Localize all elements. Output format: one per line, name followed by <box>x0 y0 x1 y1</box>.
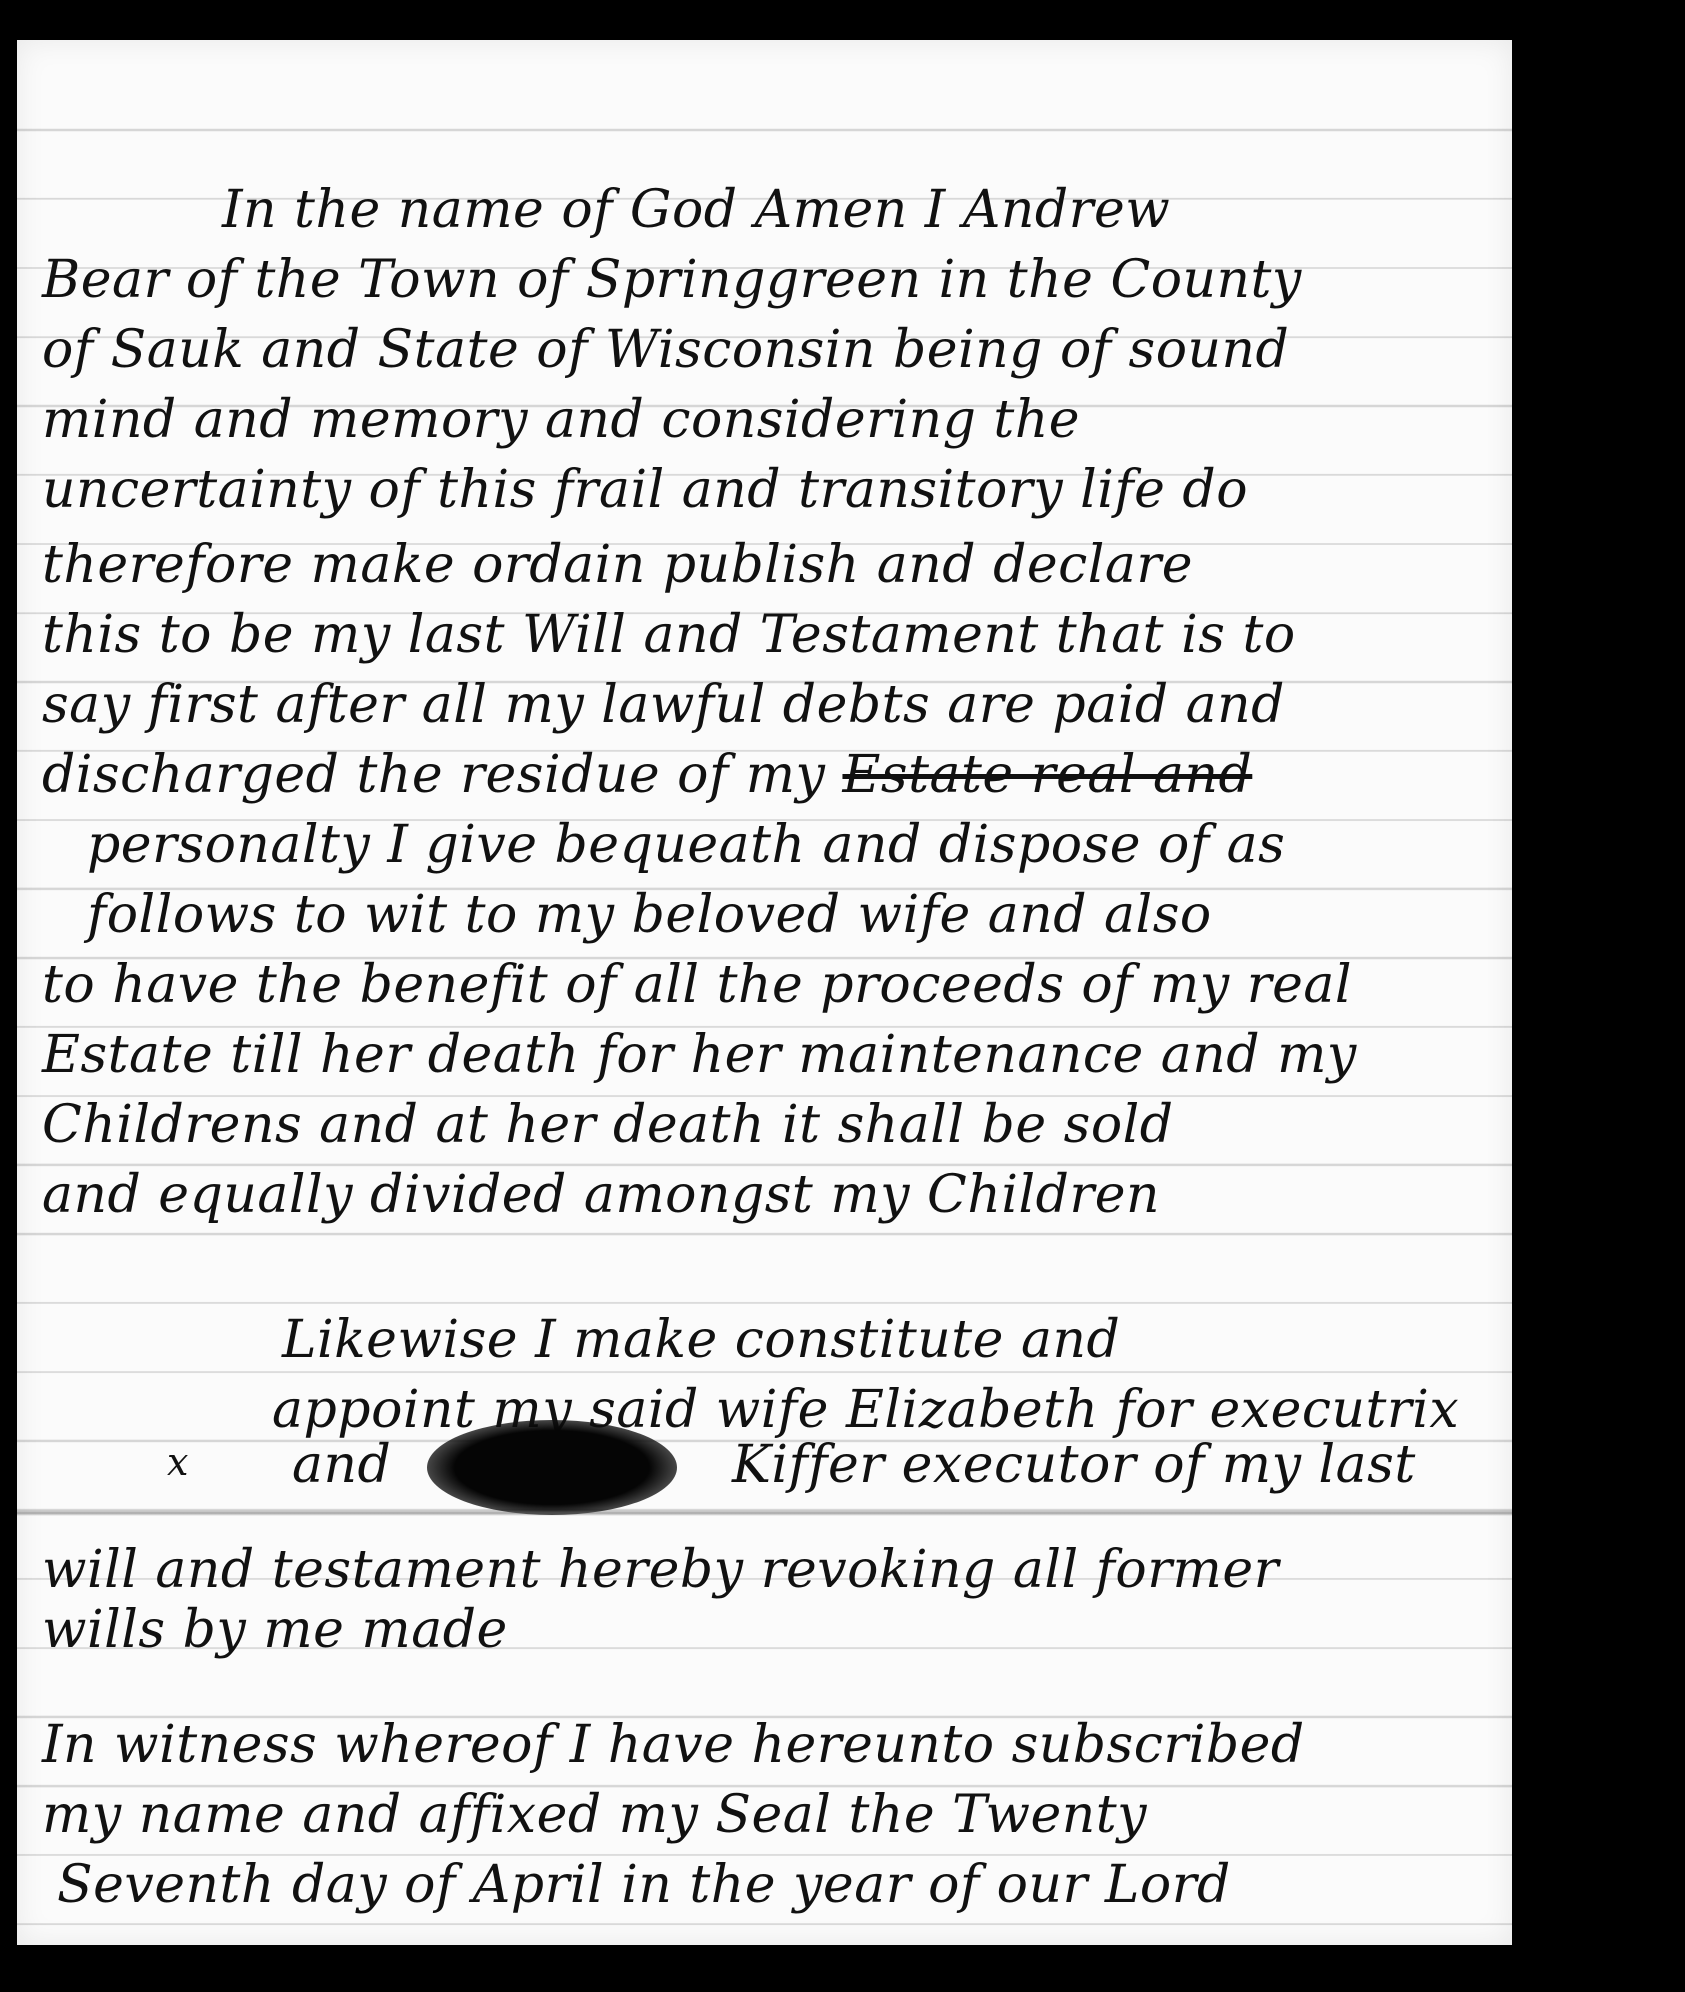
margin-mark: x <box>167 1440 188 1484</box>
text-line: will and testament hereby revoking all f… <box>42 1540 1279 1600</box>
text-line: personalty I give bequeath and dispose o… <box>87 815 1285 875</box>
text-line: and <box>292 1435 391 1495</box>
text-line: appoint my said wife Elizabeth for execu… <box>272 1380 1459 1440</box>
paper-fold <box>17 1510 1512 1516</box>
text-line: Bear of the Town of Springgreen in the C… <box>42 250 1302 310</box>
text-line: discharged the residue of my Estate real… <box>42 745 1252 805</box>
text-line: of Sauk and State of Wisconsin being of … <box>42 320 1289 380</box>
document-page: In the name of God Amen I Andrew Bear of… <box>17 40 1512 1945</box>
text-line: Likewise I make constitute and <box>282 1310 1120 1370</box>
text-line: to have the benefit of all the proceeds … <box>42 955 1352 1015</box>
text-span: discharged the residue of my <box>42 745 825 805</box>
text-line: wills by me made <box>42 1600 508 1660</box>
text-line: therefore make ordain publish and declar… <box>42 535 1193 595</box>
text-line: mind and memory and considering the <box>42 390 1080 450</box>
text-line: Estate till her death for her maintenanc… <box>42 1025 1357 1085</box>
text-line: and equally divided amongst my Children <box>42 1165 1160 1225</box>
text-line: follows to wit to my beloved wife and al… <box>87 885 1212 945</box>
text-line: In the name of God Amen I Andrew <box>222 180 1170 240</box>
struck-text: Estate real and <box>842 745 1252 805</box>
text-line: my name and affixed my Seal the Twenty <box>42 1785 1147 1845</box>
text-line: uncertainty of this frail and transitory… <box>42 460 1248 520</box>
text-line: say first after all my lawful debts are … <box>42 675 1285 735</box>
ink-blot <box>427 1420 677 1515</box>
text-line: Kiffer executor of my last <box>732 1435 1416 1495</box>
text-line: Childrens and at her death it shall be s… <box>42 1095 1174 1155</box>
text-line: Seventh day of April in the year of our … <box>57 1855 1231 1915</box>
text-line: this to be my last Will and Testament th… <box>42 605 1296 665</box>
text-line: In witness whereof I have hereunto subsc… <box>42 1715 1305 1775</box>
